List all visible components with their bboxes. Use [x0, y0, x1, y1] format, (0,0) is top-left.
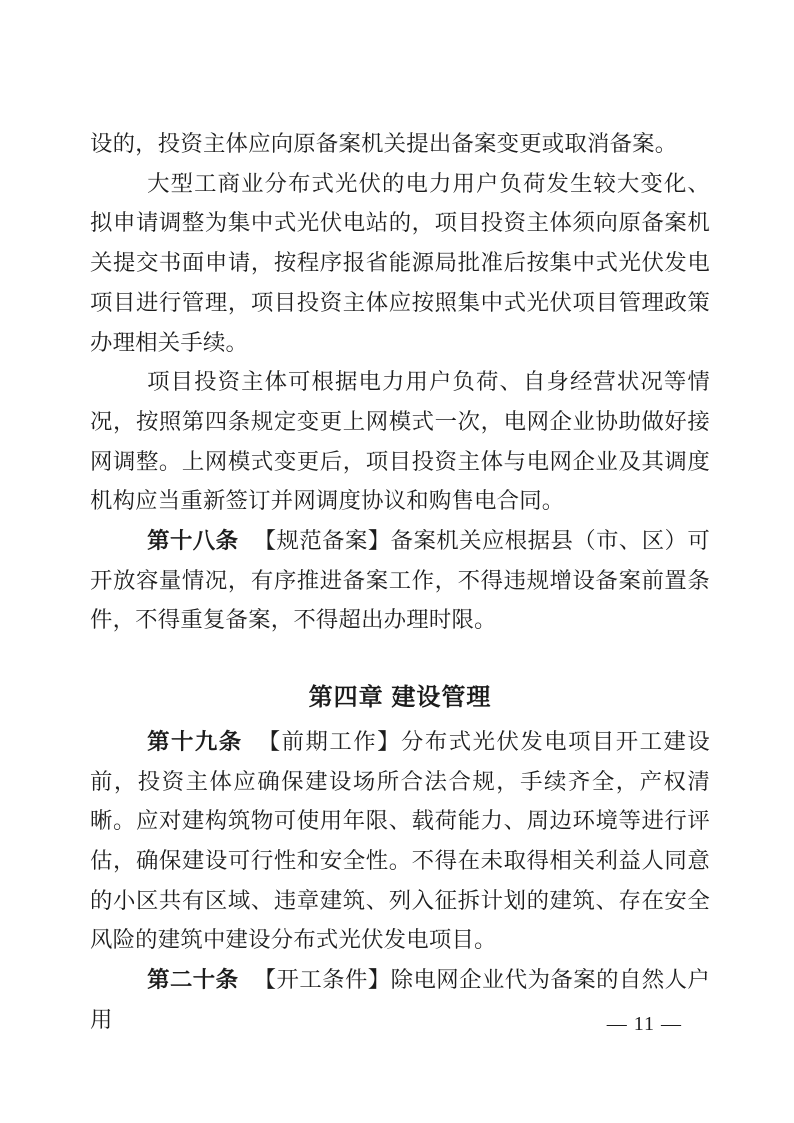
paragraph-grid-mode-change: 项目投资主体可根据电力用户负荷、自身经营状况等情况，按照第四条规定变更上网模式一… — [90, 362, 710, 521]
article-19-text: 分布式光伏发电项目开工建设前，投资主体应确保建设场所合法合规，手续齐全，产权清晰… — [90, 729, 710, 953]
article-19-bracket-label: 【前期工作】 — [258, 729, 401, 754]
article-18-term: 第十八条 — [147, 528, 238, 553]
article-19-paragraph: 第十九条【前期工作】分布式光伏发电项目开工建设前，投资主体应确保建设场所合法合规… — [90, 722, 710, 960]
article-20-bracket-label: 【开工条件】 — [254, 967, 391, 992]
document-page: 设的，投资主体应向原备案机关提出备案变更或取消备案。 大型工商业分布式光伏的电力… — [0, 0, 794, 1123]
article-18-bracket-label: 【规范备案】 — [254, 528, 391, 553]
document-body: 设的，投资主体应向原备案机关提出备案变更或取消备案。 大型工商业分布式光伏的电力… — [90, 124, 710, 1039]
page-number: — 11 — — [607, 1012, 682, 1036]
chapter-4-heading: 第四章 建设管理 — [90, 678, 710, 718]
paragraph-large-commercial-adjustment: 大型工商业分布式光伏的电力用户负荷发生较大变化、拟申请调整为集中式光伏电站的，项… — [90, 164, 710, 363]
article-20-term: 第二十条 — [147, 967, 238, 992]
paragraph-continuation: 设的，投资主体应向原备案机关提出备案变更或取消备案。 — [90, 124, 710, 164]
article-19-term: 第十九条 — [147, 729, 242, 754]
article-18-paragraph: 第十八条【规范备案】备案机关应根据县（市、区）可开放容量情况，有序推进备案工作，… — [90, 521, 710, 640]
